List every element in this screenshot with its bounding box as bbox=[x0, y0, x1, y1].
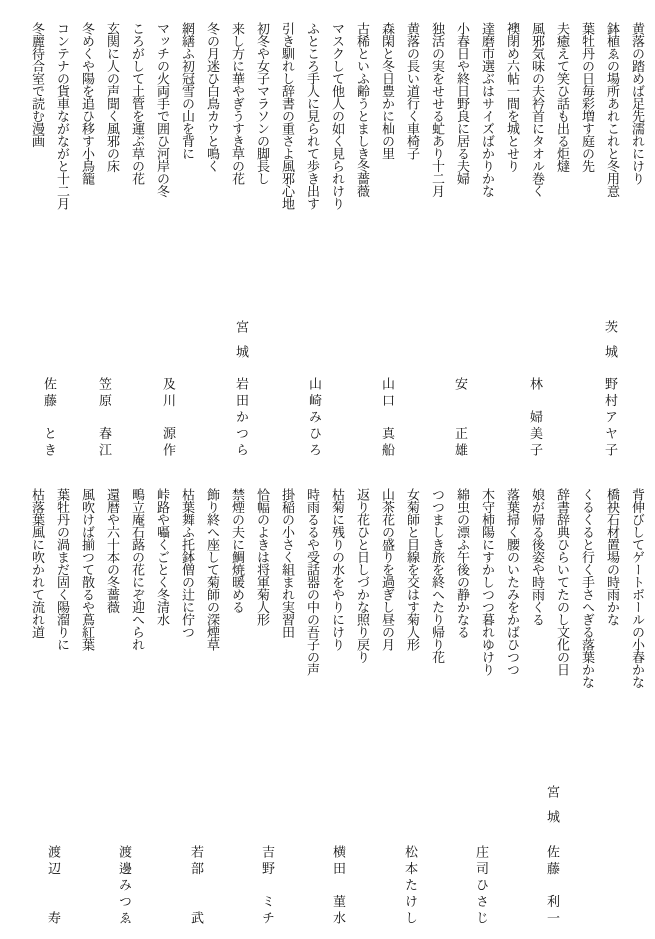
author-name: 林 婦美子 bbox=[523, 320, 548, 470]
author-column: 宮城 佐藤 利一 bbox=[494, 785, 565, 935]
poem-column: 達磨市選ぶはサイズばかりかな bbox=[475, 22, 500, 210]
author-column: 横田 菫水 bbox=[280, 785, 351, 935]
author-column: 渡辺 寿 bbox=[41, 785, 66, 935]
author-name: 山口 真船 bbox=[375, 320, 400, 470]
author-column: 山口 真船 bbox=[327, 320, 400, 470]
poem-column: 古稀といふ齢うとましき冬薔薇 bbox=[350, 22, 375, 210]
poem-column: 恰幅のよきは将軍菊人形 bbox=[250, 488, 275, 688]
author-column: 吉野 ミチ bbox=[209, 785, 280, 935]
poem-column: 峠路や囁くごとく冬清水 bbox=[150, 488, 175, 688]
author-column: 及川 源作 bbox=[117, 320, 181, 470]
author-column: 笠原 春江 bbox=[62, 320, 117, 470]
poem-column: つつましき旅を終へたり帰り花 bbox=[425, 488, 450, 688]
poem-column: 引き馴れし辞書の重さよ風邪心地 bbox=[275, 22, 300, 210]
poem-column: 夫癒えて笑ひ話も出る炬燵 bbox=[550, 22, 575, 210]
poem-column: 還暦や六十本の冬薔薇 bbox=[100, 488, 125, 688]
poem-column: 掛稲の小さく組まれ実習田 bbox=[275, 488, 300, 688]
poem-column: 禁煙の夫に鯛焼暖める bbox=[225, 488, 250, 688]
poem-column: 枯菊に残りの水をやりにけり bbox=[325, 488, 350, 688]
author-name: 吉野 ミチ bbox=[255, 785, 280, 935]
poem-column: 葉牡丹の渦まだ固く陽溜りに bbox=[50, 488, 75, 688]
author-column: 山崎みひろ bbox=[254, 320, 327, 470]
author-column: 渡邊みつゑ bbox=[66, 785, 137, 935]
author-column: 茨城 野村アヤ子 bbox=[548, 320, 623, 470]
scanned-haiku-page: 黄落の踏めば足先濡れにけり 鉢植ゑの場所あれこれと冬用意 葉牡丹の日毎彩増す庭の… bbox=[0, 0, 655, 939]
author-name: 佐藤 とき bbox=[37, 320, 62, 470]
author-column: 庄司ひさじ bbox=[423, 785, 494, 935]
poem-column: 橋袂石材置場の時雨かな bbox=[600, 488, 625, 688]
author-list-bottom: 宮城 佐藤 利一 庄司ひさじ 松本たけし 横田 菫水 吉野 ミチ 若部 bbox=[41, 785, 565, 935]
poem-column: マッチの火両手で囲ひ河岸の冬 bbox=[150, 22, 175, 210]
poem-column: 綿虫の漂ふ午後の静かなる bbox=[450, 488, 475, 688]
prefecture-label: 宮城 bbox=[540, 785, 565, 835]
author-column: 安 正雄 bbox=[400, 320, 473, 470]
author-name: 渡辺 寿 bbox=[41, 785, 66, 935]
poem-column: 黄落の踏めば足先濡れにけり bbox=[625, 22, 650, 210]
poem-column: 冬麗待合室で読む漫画 bbox=[25, 22, 50, 210]
poem-column: 冬の月迷ひ白鳥カウと鳴く bbox=[200, 22, 225, 210]
poem-column: 独活の実をせせる虻あり十二月 bbox=[425, 22, 450, 210]
poem-column: 網繕ふ初冠雪の山を背に bbox=[175, 22, 200, 210]
poem-column: 枯落葉風に吹かれて流れ道 bbox=[25, 488, 50, 688]
poem-column: 玄関に人の声聞く風邪の床 bbox=[100, 22, 125, 210]
poem-column: 木守柿陽にすかしつつ暮れゆけり bbox=[475, 488, 500, 688]
poem-column: コンテナの貨車ながながと十二月 bbox=[50, 22, 75, 210]
poem-column: 時雨るるや受話器の中の吾子の声 bbox=[300, 488, 325, 688]
poem-column: 娘が帰る後姿や時雨くる bbox=[525, 488, 550, 688]
author-name: 若部 武 bbox=[184, 785, 209, 935]
poem-column: 背伸びしてゲートボールの小春かな bbox=[625, 488, 650, 688]
poem-column: 初冬や女子マラソンの脚長し bbox=[250, 22, 275, 210]
poem-column: 山茶花の盛りを過ぎし昼の月 bbox=[375, 488, 400, 688]
poem-list-bottom: 背伸びしてゲートボールの小春かな 橋袂石材置場の時雨かな くるくると行く手さへぎ… bbox=[25, 488, 650, 688]
author-list-top: 茨城 野村アヤ子 林 婦美子 安 正雄 山口 真船 山崎みひろ 宮城 岩田 bbox=[37, 320, 623, 470]
poem-column: 森閑と冬日豊かに杣の里 bbox=[375, 22, 400, 210]
poem-column: くるくると行く手さへぎる落葉かな bbox=[575, 488, 600, 688]
author-column: 若部 武 bbox=[137, 785, 209, 935]
poem-column: 落葉掃く腰のいたみをかばひつつ bbox=[500, 488, 525, 688]
poem-column: 飾り終へ座して菊師の深煙草 bbox=[200, 488, 225, 688]
author-name: 松本たけし bbox=[398, 785, 423, 935]
poem-column: 黄落の長い道行く車椅子 bbox=[400, 22, 425, 210]
author-column: 林 婦美子 bbox=[473, 320, 548, 470]
author-name: 笠原 春江 bbox=[92, 320, 117, 470]
author-name: 及川 源作 bbox=[156, 320, 181, 470]
author-name: 安 正雄 bbox=[448, 320, 473, 470]
poem-column: ころがして土管を運ぶ草の花 bbox=[125, 22, 150, 210]
poem-column: ふところ手人に見られて歩き出す bbox=[300, 22, 325, 210]
poem-column: 風吹けば揃つて散るや蔦紅葉 bbox=[75, 488, 100, 688]
poem-column: 辞書辞典ひらいてたのし文化の日 bbox=[550, 488, 575, 688]
poem-column: 鉢植ゑの場所あれこれと冬用意 bbox=[600, 22, 625, 210]
poem-column: マスクして他人の如く見られけり bbox=[325, 22, 350, 210]
author-name: 横田 菫水 bbox=[326, 785, 351, 935]
poem-column: 女菊師と目線を交はす菊人形 bbox=[400, 488, 425, 688]
author-column: 佐藤 とき bbox=[37, 320, 62, 470]
poem-column: 小春日や終日野良に居る夫婦 bbox=[450, 22, 475, 210]
poem-column: 冬めくや陽を追ひ移す小鳥籠 bbox=[75, 22, 100, 210]
poem-column: 風邪気味の夫衿首にタオル巻く bbox=[525, 22, 550, 210]
author-column: 松本たけし bbox=[351, 785, 423, 935]
poem-list-top: 黄落の踏めば足先濡れにけり 鉢植ゑの場所あれこれと冬用意 葉牡丹の日毎彩増す庭の… bbox=[25, 22, 650, 210]
author-name: 渡邊みつゑ bbox=[112, 785, 137, 935]
poem-column: 葉牡丹の日毎彩増す庭の先 bbox=[575, 22, 600, 210]
poem-column: 来し方に華やぎうすき草の花 bbox=[225, 22, 250, 210]
poem-column: 枯葉舞ふ托鉢僧の辻に佇つ bbox=[175, 488, 200, 688]
author-column: 宮城 岩田かつら bbox=[181, 320, 254, 470]
author-name: 庄司ひさじ bbox=[469, 785, 494, 935]
poem-column: 返り花ひと日しづかな照り戻り bbox=[350, 488, 375, 688]
prefecture-label: 宮城 bbox=[229, 320, 254, 370]
poem-column: 襖閉め六帖一間を城とせり bbox=[500, 22, 525, 210]
author-name: 山崎みひろ bbox=[302, 320, 327, 470]
prefecture-label: 茨城 bbox=[598, 320, 623, 370]
poem-column: 鴫立庵石蕗の花にぞ迎へられ bbox=[125, 488, 150, 688]
